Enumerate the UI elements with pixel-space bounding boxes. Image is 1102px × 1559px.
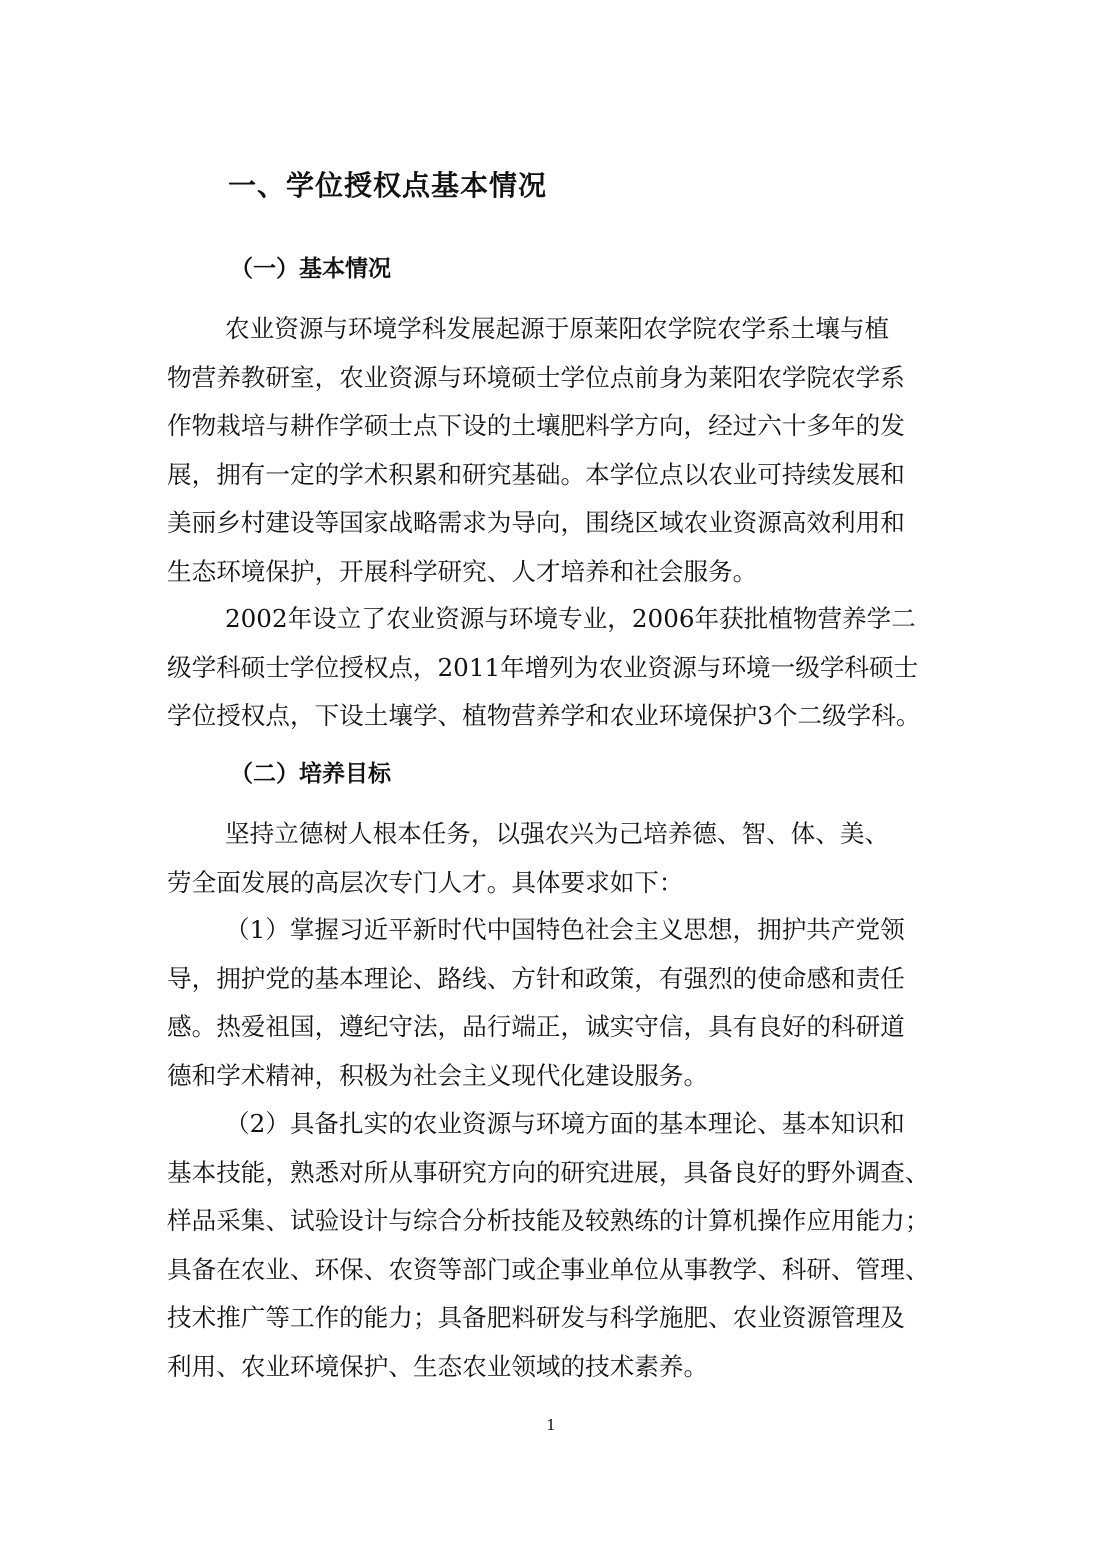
heading-level-1: 一、学位授权点基本情况 bbox=[228, 166, 547, 206]
text-line: 劳全面发展的高层次专门人才。具体要求如下： bbox=[167, 859, 942, 908]
text-line: （1）掌握习近平新时代中国特色社会主义思想，拥护共产党领 bbox=[167, 906, 942, 955]
text-line: 样品采集、试验设计与综合分析技能及较熟练的计算机操作应用能力； bbox=[167, 1197, 942, 1246]
text-line: （2）具备扎实的农业资源与环境方面的基本理论、基本知识和 bbox=[167, 1100, 942, 1149]
paragraph-goals-intro: 坚持立德树人根本任务，以强农兴为己培养德、智、体、美、 劳全面发展的高层次专门人… bbox=[167, 810, 942, 907]
text-line: 感。热爱祖国，遵纪守法，品行端正，诚实守信，具有良好的科研道 bbox=[167, 1003, 942, 1052]
paragraph-history: 2002年设立了农业资源与环境专业，2006年获批植物营养学二 级学科硕士学位授… bbox=[167, 595, 942, 741]
text-line: 2002年设立了农业资源与环境专业，2006年获批植物营养学二 bbox=[167, 595, 942, 644]
paragraph-requirement-2: （2）具备扎实的农业资源与环境方面的基本理论、基本知识和 基本技能，熟悉对所从事… bbox=[167, 1100, 942, 1391]
text-line: 展，拥有一定的学术积累和研究基础。本学位点以农业可持续发展和 bbox=[167, 451, 942, 500]
text-line: 作物栽培与耕作学硕士点下设的土壤肥料学方向，经过六十多年的发 bbox=[167, 402, 942, 451]
text-line: 利用、农业环境保护、生态农业领域的技术素养。 bbox=[167, 1343, 942, 1392]
text-line: 生态环境保护，开展科学研究、人才培养和社会服务。 bbox=[167, 548, 942, 597]
paragraph-requirement-1: （1）掌握习近平新时代中国特色社会主义思想，拥护共产党领 导，拥护党的基本理论、… bbox=[167, 906, 942, 1100]
paragraph-origin: 农业资源与环境学科发展起源于原莱阳农学院农学系土壤与植 物营养教研室，农业资源与… bbox=[167, 305, 942, 596]
text-line: 德和学术精神，积极为社会主义现代化建设服务。 bbox=[167, 1052, 942, 1101]
text-line: 技术推广等工作的能力；具备肥料研发与科学施肥、农业资源管理及 bbox=[167, 1294, 942, 1343]
text-line: 农业资源与环境学科发展起源于原莱阳农学院农学系土壤与植 bbox=[167, 305, 942, 354]
text-line: 美丽乡村建设等国家战略需求为导向，围绕区域农业资源高效利用和 bbox=[167, 499, 942, 548]
text-line: 具备在农业、环保、农资等部门或企事业单位从事教学、科研、管理、 bbox=[167, 1246, 942, 1295]
text-line: 导，拥护党的基本理论、路线、方针和政策，有强烈的使命感和责任 bbox=[167, 955, 942, 1004]
text-line: 学位授权点，下设土壤学、植物营养学和农业环境保护3个二级学科。 bbox=[167, 692, 942, 741]
section-title-basic-info: （一）基本情况 bbox=[230, 253, 391, 285]
document-page: 一、学位授权点基本情况 （一）基本情况 农业资源与环境学科发展起源于原莱阳农学院… bbox=[0, 0, 1102, 1559]
text-line: 物营养教研室，农业资源与环境硕士学位点前身为莱阳农学院农学系 bbox=[167, 354, 942, 403]
page-number: 1 bbox=[0, 1416, 1102, 1434]
section-title-training-goals: （二）培养目标 bbox=[230, 758, 391, 790]
text-line: 级学科硕士学位授权点，2011年增列为农业资源与环境一级学科硕士 bbox=[167, 644, 942, 693]
text-line: 坚持立德树人根本任务，以强农兴为己培养德、智、体、美、 bbox=[167, 810, 942, 859]
text-line: 基本技能，熟悉对所从事研究方向的研究进展，具备良好的野外调查、 bbox=[167, 1149, 942, 1198]
